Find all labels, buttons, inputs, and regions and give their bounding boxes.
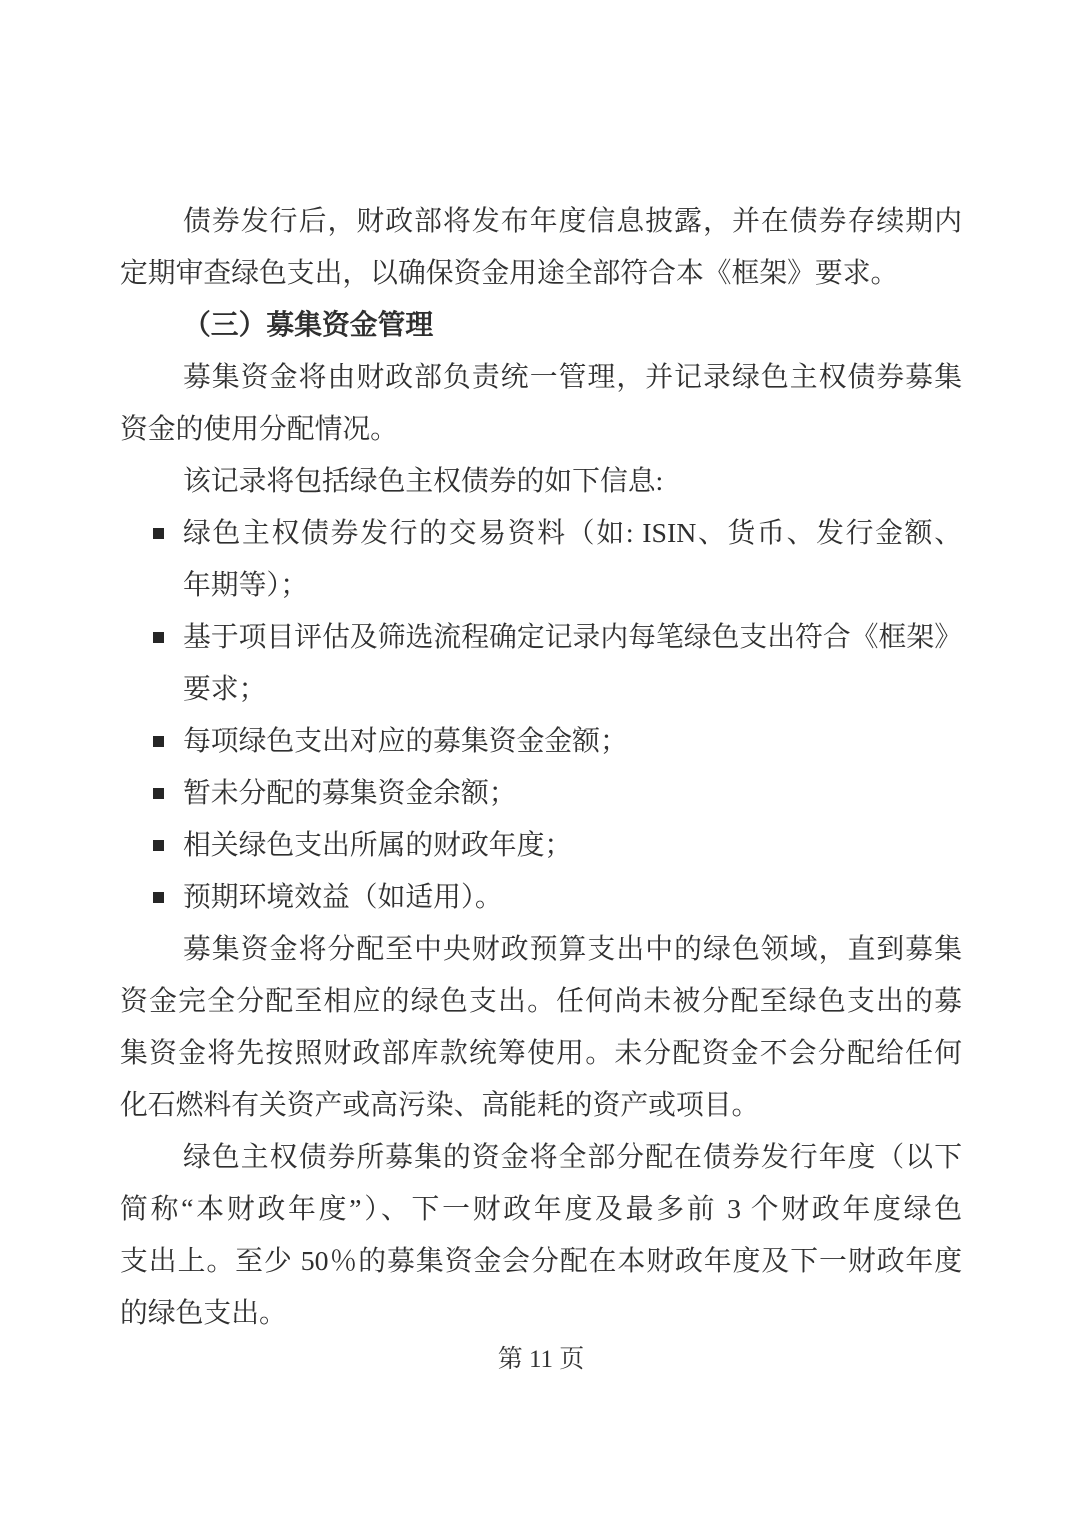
paragraph-line: 集资金将先按照财政部库款统筹使用。未分配资金不会分配给任何 bbox=[120, 1028, 962, 1080]
bullet-line: 预期环境效益（如适用）。 bbox=[183, 872, 962, 924]
bullet-line: 绿色主权债券发行的交易资料（如: ISIN、货币、发行金额、 bbox=[183, 508, 962, 560]
page-number: 第 11 页 bbox=[120, 1340, 962, 1380]
bullet-square-icon bbox=[153, 840, 164, 851]
paragraph-line: 募集资金将分配至中央财政预算支出中的绿色领域，直到募集 bbox=[120, 924, 962, 976]
paragraph-line: 资金完全分配至相应的绿色支出。任何尚未被分配至绿色支出的募 bbox=[120, 976, 962, 1028]
bullet-item: 每项绿色支出对应的募集资金金额； bbox=[120, 716, 962, 768]
section-heading-text: （三）募集资金管理 bbox=[120, 300, 962, 352]
bullet-item: 相关绿色支出所属的财政年度； bbox=[120, 820, 962, 872]
paragraph-allocation: 募集资金将分配至中央财政预算支出中的绿色领域，直到募集 资金完全分配至相应的绿色… bbox=[120, 924, 962, 1132]
bullet-square-icon bbox=[153, 788, 164, 799]
bullet-square-icon bbox=[153, 632, 164, 643]
bullet-line: 年期等）； bbox=[183, 560, 962, 612]
paragraph-line: 募集资金将由财政部负责统一管理，并记录绿色主权债券募集 bbox=[120, 352, 962, 404]
bullet-line: 每项绿色支出对应的募集资金金额； bbox=[183, 716, 962, 768]
bullet-item: 暂未分配的募集资金余额； bbox=[120, 768, 962, 820]
bullet-square-icon bbox=[153, 528, 164, 539]
section-heading: （三）募集资金管理 bbox=[120, 300, 962, 352]
paragraph-disclosure: 债券发行后，财政部将发布年度信息披露，并在债券存续期内 定期审查绿色支出，以确保… bbox=[120, 196, 962, 300]
bullet-line: 暂未分配的募集资金余额； bbox=[183, 768, 962, 820]
paragraph-line: 支出上。至少 50％的募集资金会分配在本财政年度及下一财政年度 bbox=[120, 1236, 962, 1288]
paragraph-record-intro: 该记录将包括绿色主权债券的如下信息: bbox=[120, 456, 962, 508]
paragraph-line: 定期审查绿色支出，以确保资金用途全部符合本《框架》要求。 bbox=[120, 248, 962, 300]
paragraph-line: 化石燃料有关资产或高污染、高能耗的资产或项目。 bbox=[120, 1080, 962, 1132]
paragraph-line: 绿色主权债券所募集的资金将全部分配在债券发行年度（以下 bbox=[120, 1132, 962, 1184]
paragraph-fund-management: 募集资金将由财政部负责统一管理，并记录绿色主权债券募集 资金的使用分配情况。 bbox=[120, 352, 962, 456]
paragraph-line: 的绿色支出。 bbox=[120, 1288, 962, 1340]
bullet-item: 绿色主权债券发行的交易资料（如: ISIN、货币、发行金额、 年期等）； bbox=[120, 508, 962, 612]
paragraph-line: 债券发行后，财政部将发布年度信息披露，并在债券存续期内 bbox=[120, 196, 962, 248]
paragraph-line: 该记录将包括绿色主权债券的如下信息: bbox=[120, 456, 962, 508]
bullet-line: 相关绿色支出所属的财政年度； bbox=[183, 820, 962, 872]
bullet-line: 基于项目评估及筛选流程确定记录内每笔绿色支出符合《框架》 bbox=[183, 612, 962, 664]
document-page: 债券发行后，财政部将发布年度信息披露，并在债券存续期内 定期审查绿色支出，以确保… bbox=[0, 0, 1080, 1380]
bullet-square-icon bbox=[153, 892, 164, 903]
bullet-square-icon bbox=[153, 736, 164, 747]
bullet-item: 预期环境效益（如适用）。 bbox=[120, 872, 962, 924]
bullet-list: 绿色主权债券发行的交易资料（如: ISIN、货币、发行金额、 年期等）； 基于项… bbox=[120, 508, 962, 924]
bullet-line: 要求； bbox=[183, 664, 962, 716]
paragraph-fiscal-year: 绿色主权债券所募集的资金将全部分配在债券发行年度（以下 简称“本财政年度”）、下… bbox=[120, 1132, 962, 1340]
bullet-item: 基于项目评估及筛选流程确定记录内每笔绿色支出符合《框架》 要求； bbox=[120, 612, 962, 716]
paragraph-line: 简称“本财政年度”）、下一财政年度及最多前 3 个财政年度绿色 bbox=[120, 1184, 962, 1236]
paragraph-line: 资金的使用分配情况。 bbox=[120, 404, 962, 456]
